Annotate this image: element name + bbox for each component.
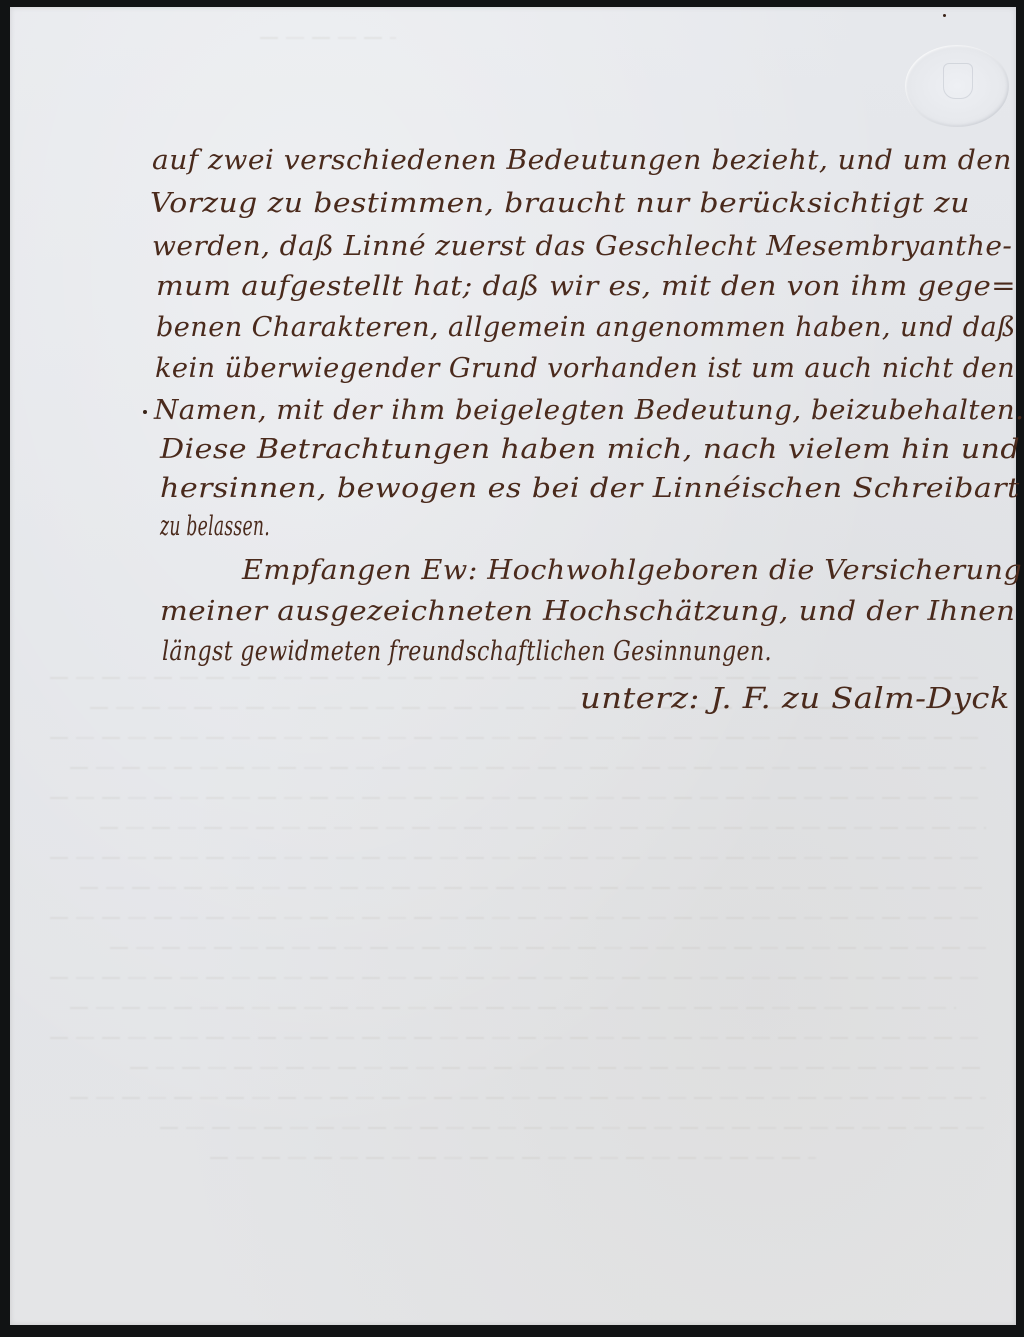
letter-line: Namen, mit der ihm beigelegten Bedeutung… — [154, 395, 1024, 426]
bleed-through-text — [50, 977, 986, 979]
ink-speck — [143, 410, 147, 414]
bleed-through-text — [50, 917, 986, 919]
letter-line: hersinnen, bewogen es bei der Linnéische… — [160, 473, 1020, 504]
bleed-through-text — [110, 947, 986, 949]
bleed-through-text — [70, 767, 986, 769]
bleed-through-text — [80, 887, 986, 889]
bleed-through-text — [100, 827, 986, 829]
letter-line: benen Charakteren, allgemein angenommen … — [156, 312, 1016, 343]
bleed-through-text — [130, 1067, 986, 1069]
letter-line: Empfangen Ew: Hochwohlgeboren die Versic… — [242, 555, 1022, 586]
bleed-through-text — [50, 1037, 986, 1039]
bleed-through-text — [50, 857, 986, 859]
crown-emblem-icon — [943, 63, 973, 99]
bleed-through-text — [50, 797, 986, 799]
bleed-through-text — [50, 737, 986, 739]
letter-page: auf zwei verschiedenen Bedeutungen bezie… — [10, 7, 1016, 1325]
letter-line: längst gewidmeten freundschaftlichen Ges… — [162, 636, 772, 667]
letter-line: Vorzug zu bestimmen, braucht nur berücks… — [150, 188, 970, 219]
letter-line: kein überwiegender Grund vorhanden ist u… — [155, 353, 1015, 384]
embossed-seal-icon — [905, 45, 1009, 127]
letter-line: werden, daß Linné zuerst das Geschlecht … — [152, 231, 1012, 262]
bleed-through-text — [50, 677, 986, 679]
letter-line: meiner ausgezeichneten Hochschätzung, un… — [160, 596, 1015, 627]
bleed-through-text — [70, 1007, 956, 1009]
bleed-through-text — [160, 1127, 986, 1129]
bleed-through-text — [70, 1097, 986, 1099]
letter-line: auf zwei verschiedenen Bedeutungen bezie… — [152, 145, 1012, 176]
bleed-through-text — [260, 37, 396, 39]
bleed-through-text — [210, 1157, 816, 1159]
letter-line: zu belassen. — [160, 511, 270, 542]
ink-speck — [943, 14, 946, 17]
signature: unterz: J. F. zu Salm-Dyck — [580, 681, 1010, 715]
letter-line: Diese Betrachtungen haben mich, nach vie… — [160, 434, 1020, 465]
letter-line: mum aufgestellt hat; daß wir es, mit den… — [156, 271, 1016, 302]
